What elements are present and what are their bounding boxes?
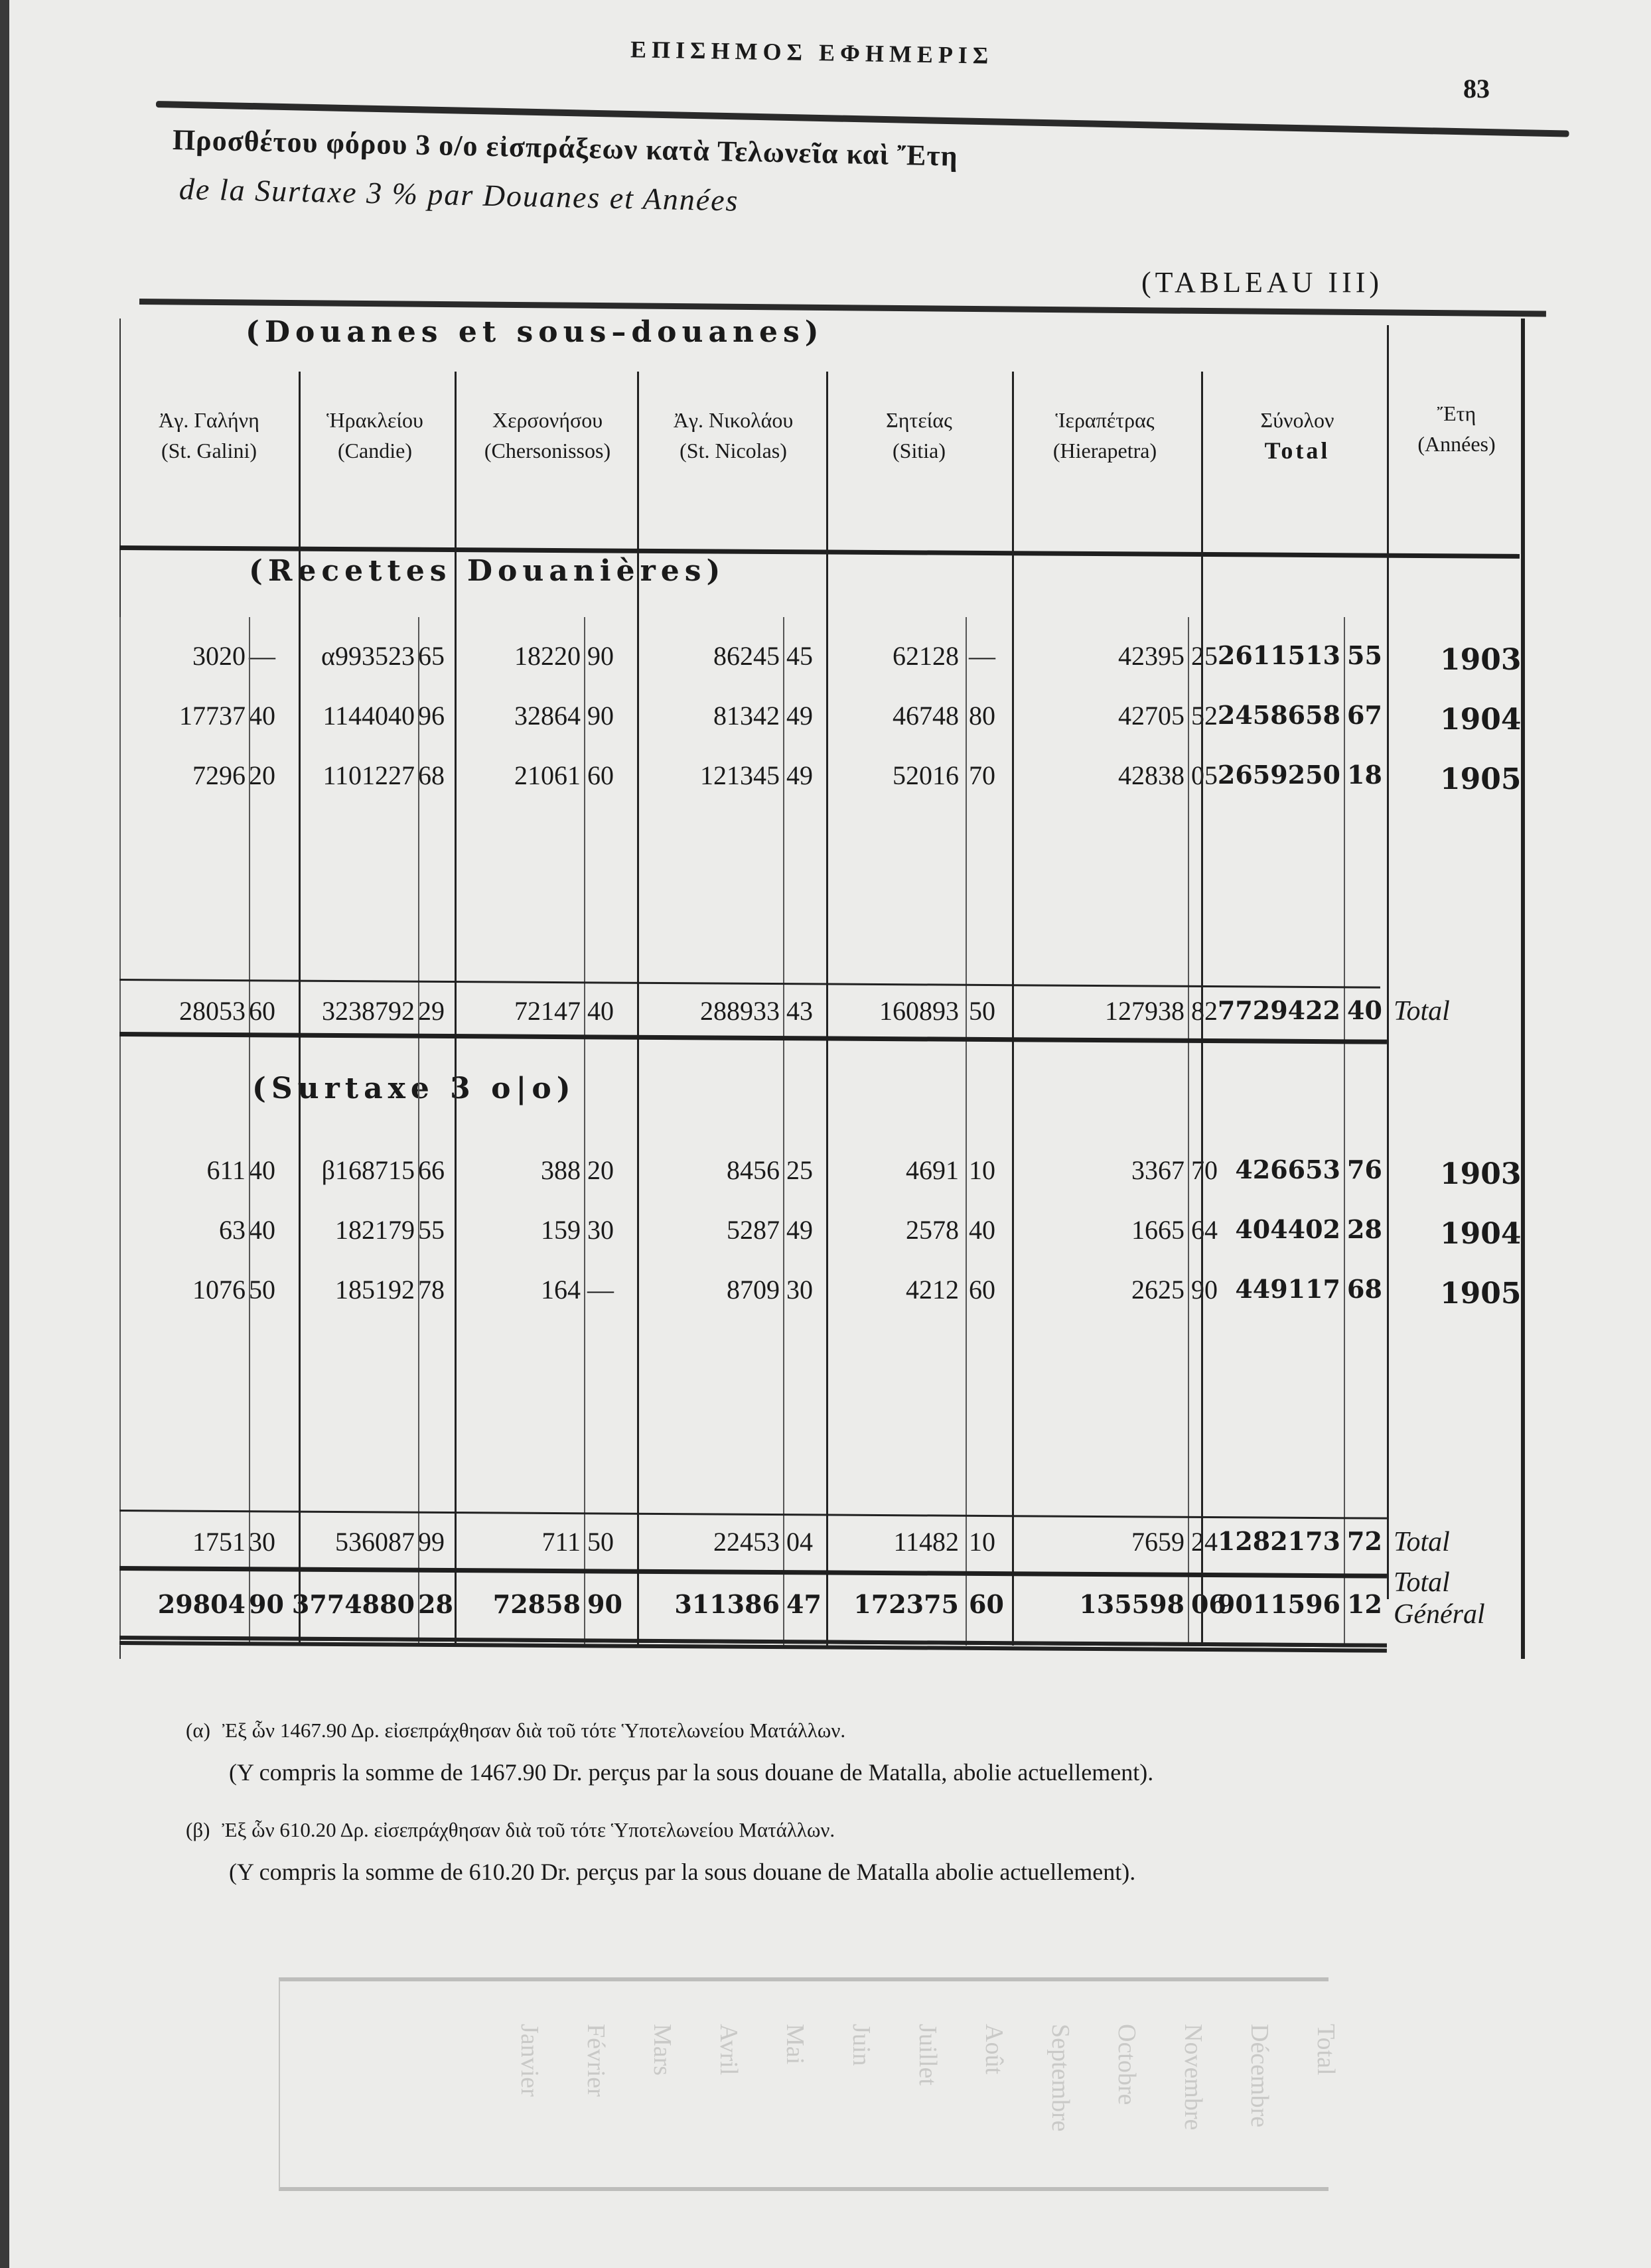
- cell-hierapetra-drachmas: 2625: [1131, 1274, 1184, 1305]
- column-divider: [1201, 372, 1203, 1646]
- column-header-french: (St. Nicolas): [640, 435, 826, 466]
- cell-st-galini-lepta: —: [249, 640, 275, 672]
- cell-total-drachmas: 2611513: [1218, 640, 1340, 670]
- cell-st-galini-drachmas: 28053: [179, 995, 246, 1027]
- cell-chersonissos-lepta: 50: [587, 1526, 614, 1557]
- row-label: Total: [1394, 995, 1450, 1027]
- cell-candie-lepta: 78: [418, 1274, 445, 1305]
- cell-st-nicolas-drachmas: 8709: [727, 1274, 780, 1305]
- cell-st-galini-lepta: 30: [249, 1526, 275, 1557]
- cell-total-drachmas: 9011596: [1218, 1589, 1340, 1619]
- column-header-st-galini: Ἀγ. Γαλήνη(St. Galini): [126, 405, 292, 466]
- cell-chersonissos-lepta: 20: [587, 1155, 614, 1186]
- cell-sitia-lepta: 40: [969, 1214, 995, 1245]
- cell-candie-drachmas: 3238792: [322, 995, 415, 1027]
- cell-st-nicolas-lepta: 25: [786, 1155, 813, 1186]
- column-divider: [418, 617, 419, 1646]
- cell-st-nicolas-drachmas: 288933: [700, 995, 780, 1027]
- cell-sitia-lepta: 60: [969, 1589, 1004, 1619]
- cell-hierapetra-lepta: 64: [1191, 1214, 1218, 1245]
- cell-sitia-drachmas: 172375: [853, 1589, 959, 1619]
- cell-st-nicolas-drachmas: 5287: [727, 1214, 780, 1245]
- cell-st-galini-lepta: 50: [249, 1274, 275, 1305]
- footnote-greek-text: Ἐξ ὧν 1467.90 Δρ. εἰσεπράχθησαν διὰ τοῦ …: [222, 1719, 845, 1742]
- cell-hierapetra-drachmas: 42705: [1118, 700, 1184, 731]
- cell-chersonissos-drachmas: 159: [541, 1214, 581, 1245]
- cell-candie-drachmas: 3774880: [292, 1589, 415, 1619]
- cell-st-nicolas-lepta: 45: [786, 640, 813, 672]
- cell-hierapetra-drachmas: 135598: [1079, 1589, 1184, 1619]
- cell-sitia-lepta: 10: [969, 1526, 995, 1557]
- cell-total-lepta: 55: [1347, 640, 1382, 670]
- cell-candie-drachmas: 185192: [335, 1274, 415, 1305]
- cell-candie-lepta: 96: [418, 700, 445, 731]
- cell-candie-lepta: 55: [418, 1214, 445, 1245]
- cell-hierapetra-drachmas: 42838: [1118, 760, 1184, 791]
- column-divider: [966, 617, 967, 1646]
- section-heading-recettes: (Recettes Douanières): [249, 554, 725, 588]
- cell-sitia-drachmas: 46748: [893, 700, 959, 731]
- column-divider: [1344, 617, 1345, 1646]
- row-year: 1905: [1440, 1277, 1521, 1311]
- cell-hierapetra-lepta: 82: [1191, 995, 1218, 1027]
- cell-chersonissos-lepta: 60: [587, 760, 614, 791]
- cell-st-nicolas-lepta: 49: [786, 1214, 813, 1245]
- column-header-greek: Ἀγ. Γαλήνη: [126, 405, 292, 435]
- cell-candie-lepta: 29: [418, 995, 445, 1027]
- cell-total-lepta: 68: [1347, 1274, 1382, 1304]
- cell-st-galini-drachmas: 1751: [192, 1526, 246, 1557]
- footnote-greek: (β)Ἐξ ὧν 610.20 Δρ. εἰσεπράχθησαν διὰ το…: [186, 1818, 835, 1842]
- cell-hierapetra-drachmas: 3367: [1131, 1155, 1184, 1186]
- cell-candie-drachmas: 1144040: [323, 700, 415, 731]
- cell-hierapetra-lepta: 24: [1191, 1526, 1218, 1557]
- footnote-marker: (β): [186, 1818, 210, 1841]
- column-divider: [299, 372, 301, 1646]
- column-header-french: (St. Galini): [126, 435, 292, 466]
- cell-total-lepta: 67: [1347, 700, 1382, 730]
- cell-st-nicolas-drachmas: 8456: [727, 1155, 780, 1186]
- cell-hierapetra-lepta: 90: [1191, 1274, 1218, 1305]
- row-year: 1903: [1440, 1157, 1521, 1191]
- cell-hierapetra-drachmas: 7659: [1131, 1526, 1184, 1557]
- cell-candie-lepta: 28: [418, 1589, 453, 1619]
- column-header-greek: Σύνολον: [1201, 405, 1394, 435]
- page-number: 83: [1463, 73, 1490, 104]
- cell-st-nicolas-drachmas: 81342: [713, 700, 780, 731]
- footnote-french: (Y compris la somme de 610.20 Dr. perçus…: [229, 1858, 1135, 1886]
- cell-sitia-drachmas: 4691: [906, 1155, 959, 1186]
- cell-chersonissos-lepta: 90: [587, 700, 614, 731]
- column-header-greek: Ἔτη: [1394, 398, 1520, 429]
- cell-chersonissos-lepta: 90: [587, 640, 614, 672]
- cell-st-nicolas-lepta: 49: [786, 760, 813, 791]
- column-header-french: (Sitia): [829, 435, 1009, 466]
- cell-st-galini-lepta: 20: [249, 760, 275, 791]
- cell-chersonissos-drachmas: 32864: [514, 700, 581, 731]
- column-header-hierapetra: Ἱεραπέτρας(Hierapetra): [1015, 405, 1194, 466]
- cell-candie-drachmas: 1101227: [323, 760, 415, 791]
- table-frame: [119, 319, 1525, 1659]
- cell-total-drachmas: 2458658: [1218, 700, 1340, 730]
- cell-sitia-lepta: 60: [969, 1274, 995, 1305]
- cell-total-drachmas: 426653: [1235, 1155, 1340, 1184]
- cell-st-galini-lepta: 60: [249, 995, 275, 1027]
- column-header-french: (Chersonissos): [458, 435, 637, 466]
- cell-st-galini-drachmas: 611: [206, 1155, 246, 1186]
- column-divider: [455, 372, 457, 1646]
- cell-st-nicolas-lepta: 47: [786, 1589, 822, 1619]
- cell-hierapetra-drachmas: 1665: [1131, 1214, 1184, 1245]
- cell-chersonissos-lepta: 40: [587, 995, 614, 1027]
- bleed-through-table-box: [279, 1977, 1328, 2191]
- cell-total-drachmas: 7729422: [1218, 995, 1340, 1025]
- column-divider: [1012, 372, 1014, 1646]
- cell-total-lepta: 40: [1347, 995, 1382, 1025]
- cell-hierapetra-lepta: 70: [1191, 1155, 1218, 1186]
- column-header-greek: Ἀγ. Νικολάου: [640, 405, 826, 435]
- cell-hierapetra-lepta: 25: [1191, 640, 1218, 672]
- cell-candie-drachmas: α993523: [321, 640, 415, 672]
- cell-hierapetra-lepta: 05: [1191, 760, 1218, 791]
- cell-chersonissos-lepta: 90: [587, 1589, 622, 1619]
- column-header-candie: Ἡρακλείου(Candie): [295, 405, 455, 466]
- column-header-french: (Années): [1394, 429, 1520, 459]
- cell-sitia-lepta: 80: [969, 700, 995, 731]
- scan-page-edge: [0, 0, 9, 2268]
- cell-st-galini-drachmas: 7296: [192, 760, 246, 791]
- column-divider: [584, 617, 585, 1646]
- column-divider: [249, 617, 250, 1646]
- row-year: 1904: [1440, 703, 1521, 737]
- column-divider: [826, 372, 828, 1646]
- column-header-french: (Candie): [295, 435, 455, 466]
- cell-total-lepta: 28: [1347, 1214, 1382, 1244]
- cell-total-drachmas: 404402: [1235, 1214, 1340, 1244]
- cell-total-drachmas: 1282173: [1218, 1526, 1340, 1556]
- cell-sitia-drachmas: 11482: [893, 1526, 959, 1557]
- cell-hierapetra-drachmas: 42395: [1118, 640, 1184, 672]
- cell-st-galini-lepta: 40: [249, 1214, 275, 1245]
- column-header-greek: Ἱεραπέτρας: [1015, 405, 1194, 435]
- cell-total-lepta: 72: [1347, 1526, 1382, 1556]
- cell-chersonissos-lepta: —: [587, 1274, 614, 1305]
- cell-sitia-drachmas: 2578: [906, 1214, 959, 1245]
- cell-chersonissos-drachmas: 164: [541, 1274, 581, 1305]
- cell-st-nicolas-drachmas: 311386: [674, 1589, 780, 1619]
- cell-candie-drachmas: 182179: [335, 1214, 415, 1245]
- cell-total-drachmas: 2659250: [1218, 760, 1340, 790]
- footnote-greek: (α)Ἐξ ὧν 1467.90 Δρ. εἰσεπράχθησαν διὰ τ…: [186, 1719, 845, 1742]
- cell-st-nicolas-lepta: 30: [786, 1274, 813, 1305]
- cell-sitia-lepta: —: [969, 640, 995, 672]
- cell-chersonissos-drachmas: 72858: [493, 1589, 581, 1619]
- cell-hierapetra-lepta: 52: [1191, 700, 1218, 731]
- cell-total-lepta: 18: [1347, 760, 1382, 790]
- column-divider: [783, 617, 784, 1646]
- row-year: 1904: [1440, 1217, 1521, 1251]
- cell-st-nicolas-lepta: 43: [786, 995, 813, 1027]
- cell-sitia-lepta: 70: [969, 760, 995, 791]
- column-header-french: (Hierapetra): [1015, 435, 1194, 466]
- cell-candie-lepta: 66: [418, 1155, 445, 1186]
- cell-candie-drachmas: β168715: [322, 1155, 415, 1186]
- column-header-greek: Χερσονήσου: [458, 405, 637, 435]
- cell-st-galini-drachmas: 63: [219, 1214, 246, 1245]
- cell-chersonissos-drachmas: 18220: [514, 640, 581, 672]
- cell-sitia-lepta: 50: [969, 995, 995, 1027]
- cell-total-drachmas: 449117: [1235, 1274, 1340, 1304]
- cell-candie-lepta: 99: [418, 1526, 445, 1557]
- cell-sitia-drachmas: 160893: [879, 995, 959, 1027]
- cell-chersonissos-drachmas: 711: [541, 1526, 581, 1557]
- cell-chersonissos-drachmas: 72147: [514, 995, 581, 1027]
- footnote-marker: (α): [186, 1719, 210, 1742]
- cell-sitia-drachmas: 4212: [906, 1274, 959, 1305]
- column-divider: [119, 617, 121, 1646]
- cell-st-galini-drachmas: 29804: [158, 1589, 246, 1619]
- cell-chersonissos-lepta: 30: [587, 1214, 614, 1245]
- column-divider: [1387, 325, 1389, 1599]
- cell-total-lepta: 76: [1347, 1155, 1382, 1184]
- column-header-greek: Σητείας: [829, 405, 1009, 435]
- cell-hierapetra-drachmas: 127938: [1105, 995, 1184, 1027]
- footnote-french: (Y compris la somme de 1467.90 Dr. perçu…: [229, 1758, 1153, 1786]
- row-label: Total: [1394, 1567, 1450, 1598]
- cell-st-galini-drachmas: 17737: [179, 700, 246, 731]
- row-label: Total: [1394, 1526, 1450, 1558]
- cell-st-nicolas-drachmas: 86245: [713, 640, 780, 672]
- cell-st-galini-drachmas: 1076: [192, 1274, 246, 1305]
- cell-candie-lepta: 68: [418, 760, 445, 791]
- column-divider: [637, 372, 639, 1646]
- cell-chersonissos-drachmas: 388: [541, 1155, 581, 1186]
- cell-sitia-drachmas: 52016: [893, 760, 959, 791]
- column-header-greek: Ἡρακλείου: [295, 405, 455, 435]
- cell-st-galini-lepta: 40: [249, 1155, 275, 1186]
- column-header-french: Total: [1201, 435, 1394, 466]
- cell-candie-lepta: 65: [418, 640, 445, 672]
- column-header-chersonissos: Χερσονήσου(Chersonissos): [458, 405, 637, 466]
- cell-st-nicolas-lepta: 49: [786, 700, 813, 731]
- cell-sitia-lepta: 10: [969, 1155, 995, 1186]
- column-divider: [1188, 617, 1189, 1646]
- cell-candie-drachmas: 536087: [335, 1526, 415, 1557]
- cell-st-nicolas-drachmas: 121345: [700, 760, 780, 791]
- column-header-total: ΣύνολονTotal: [1201, 405, 1394, 466]
- column-header-sitia: Σητείας(Sitia): [829, 405, 1009, 466]
- cell-st-galini-drachmas: 3020: [192, 640, 246, 672]
- cell-total-lepta: 12: [1347, 1589, 1382, 1619]
- cell-chersonissos-drachmas: 21061: [514, 760, 581, 791]
- footnote-greek-text: Ἐξ ὧν 610.20 Δρ. εἰσεπράχθησαν διὰ τοῦ τ…: [222, 1818, 835, 1841]
- cell-st-galini-lepta: 40: [249, 700, 275, 731]
- section-heading-surtaxe: (Surtaxe 3 o|o): [252, 1072, 576, 1105]
- cell-sitia-drachmas: 62128: [893, 640, 959, 672]
- section-heading-douanes: (Douanes et sous–douanes): [246, 315, 824, 349]
- column-header-annees: Ἔτη(Années): [1394, 398, 1520, 459]
- column-header-st-nicolas: Ἀγ. Νικολάου(St. Nicolas): [640, 405, 826, 466]
- cell-st-galini-lepta: 90: [249, 1589, 284, 1619]
- row-year: 1905: [1440, 762, 1521, 796]
- row-label: Général: [1394, 1598, 1485, 1630]
- cell-st-nicolas-drachmas: 22453: [713, 1526, 780, 1557]
- cell-st-nicolas-lepta: 04: [786, 1526, 813, 1557]
- row-year: 1903: [1440, 643, 1521, 677]
- tableau-label: (TABLEAU III): [1141, 265, 1383, 299]
